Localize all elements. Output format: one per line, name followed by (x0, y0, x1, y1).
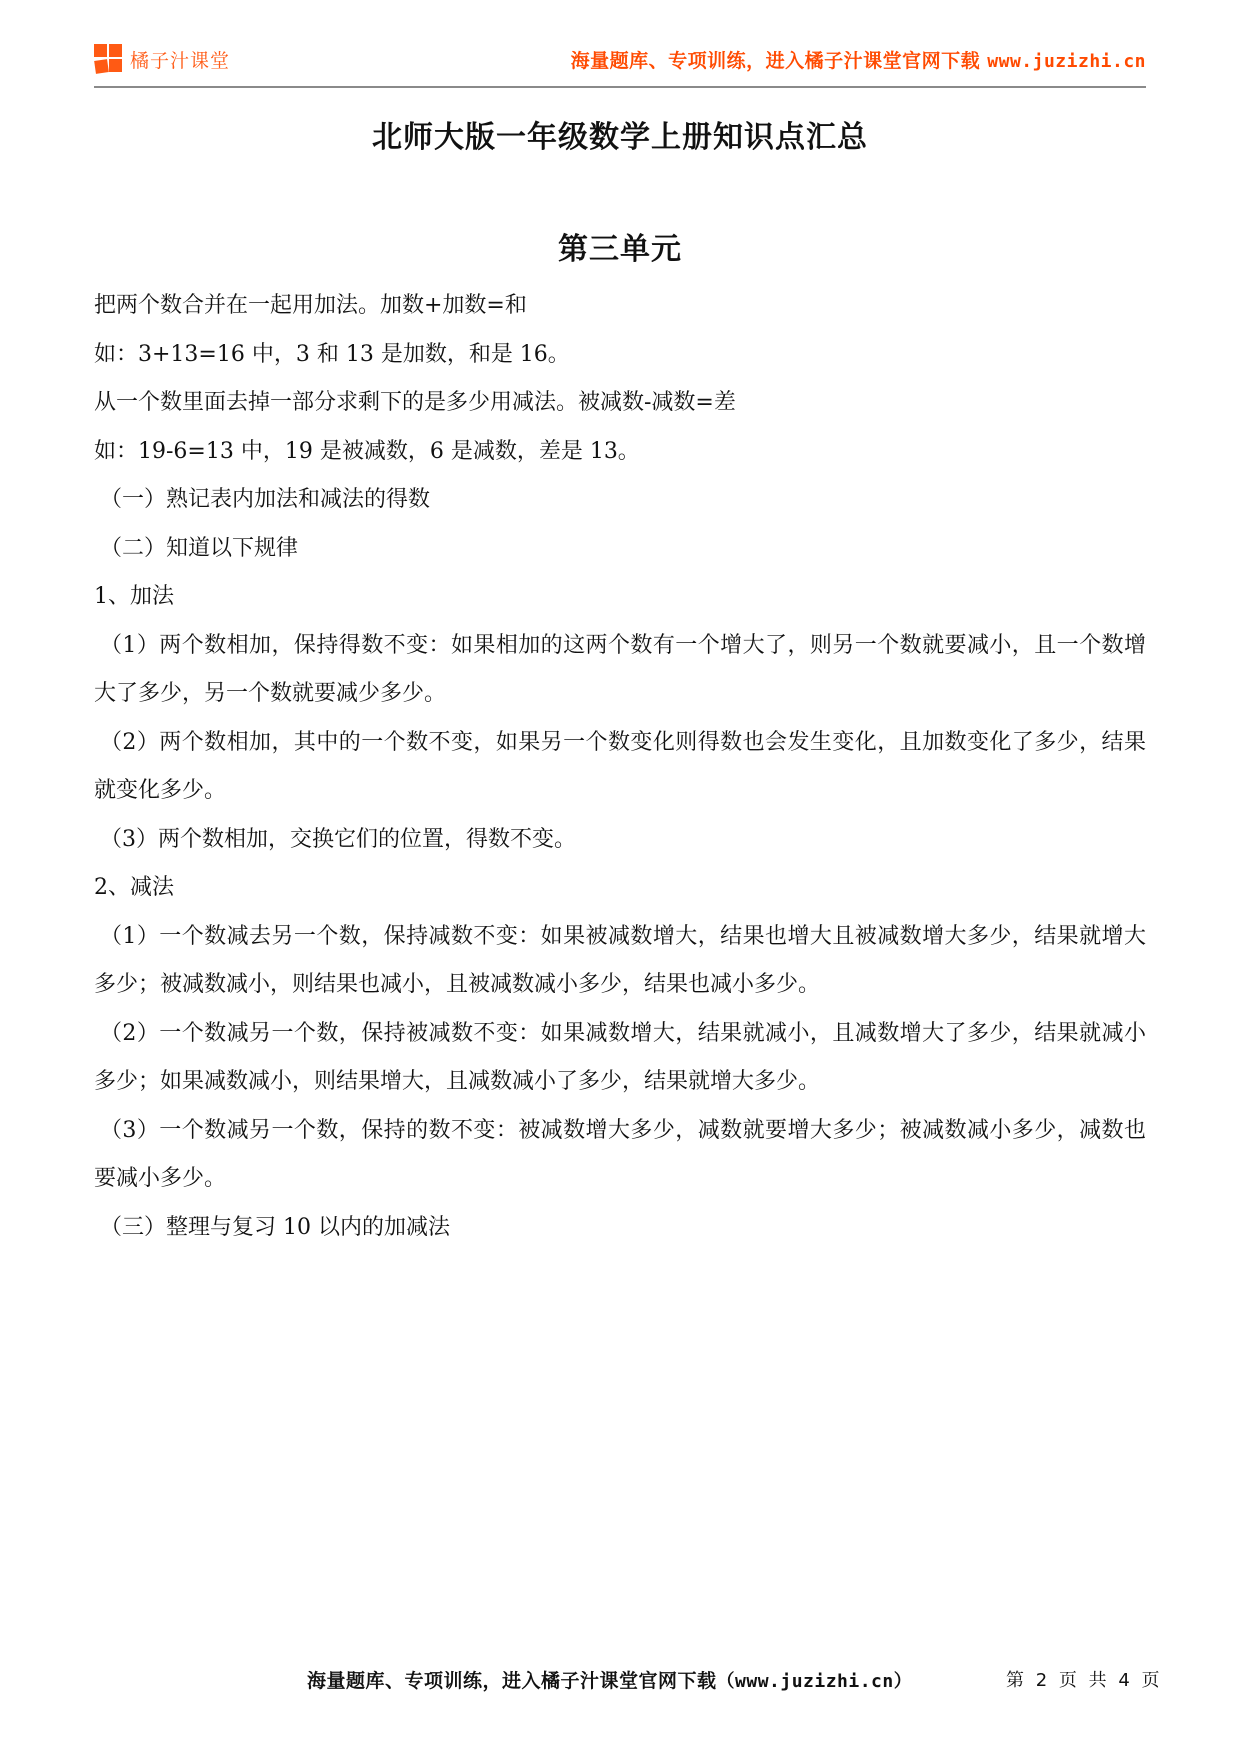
addition-rule-2: （2）两个数相加，其中的一个数不变，如果另一个数变化则得数也会发生变化，且加数变… (94, 719, 1146, 816)
subtraction-rule-1: （1）一个数减去另一个数，保持减数不变：如果被减数增大，结果也增大且被减数增大多… (94, 913, 1146, 1010)
subsection-heading-subtraction: 2、减法 (94, 864, 1146, 913)
subtraction-rule-2: （2）一个数减另一个数，保持被减数不变：如果减数增大，结果就减小，且减数增大了多… (94, 1010, 1146, 1107)
juzizhi-logo-icon (94, 44, 124, 74)
subsection-heading-addition: 1、加法 (94, 573, 1146, 622)
page-footer: 海量题库、专项训练，进入橘子汁课堂官网下载（www.juzizhi.cn） 第 … (0, 1666, 1240, 1696)
brand-name: 橘子汁课堂 (130, 46, 230, 73)
section-heading-2: （二）知道以下规律 (94, 525, 1146, 574)
header-slogan-text: 海量题库、专项训练，进入橘子汁课堂官网下载 (571, 50, 981, 72)
document-title: 北师大版一年级数学上册知识点汇总 (0, 112, 1240, 156)
subtraction-rule-3: （3）一个数减另一个数，保持的数不变：被减数增大多少，减数就要增大多少；被减数减… (94, 1107, 1146, 1204)
paragraph-subtraction-example: 如：19-6=13 中，19 是被减数，6 是减数，差是 13。 (94, 428, 1146, 477)
footer-slogan: 海量题库、专项训练，进入橘子汁课堂官网下载（www.juzizhi.cn） (307, 1666, 912, 1693)
paragraph-addition-definition: 把两个数合并在一起用加法。加数+加数=和 (94, 282, 1146, 331)
document-body: 把两个数合并在一起用加法。加数+加数=和 如：3+13=16 中，3 和 13 … (94, 282, 1146, 1252)
section-heading-3: （三）整理与复习 10 以内的加减法 (94, 1204, 1146, 1253)
page-header: 橘子汁课堂 海量题库、专项训练，进入橘子汁课堂官网下载 www.juzizhi.… (94, 40, 1146, 88)
brand-logo: 橘子汁课堂 (94, 44, 230, 74)
footer-slogan-text: 海量题库、专项训练，进入橘子汁课堂官网下载 (307, 1670, 717, 1692)
addition-rule-3: （3）两个数相加，交换它们的位置，得数不变。 (94, 816, 1146, 865)
footer-url-link[interactable]: （www.juzizhi.cn） (717, 1671, 913, 1692)
header-url-link[interactable]: www.juzizhi.cn (987, 51, 1146, 72)
unit-title: 第三单元 (0, 224, 1240, 268)
addition-rule-1: （1）两个数相加，保持得数不变：如果相加的这两个数有一个增大了，则另一个数就要减… (94, 622, 1146, 719)
page-number: 第 2 页 共 4 页 (1006, 1666, 1160, 1692)
header-slogan: 海量题库、专项训练，进入橘子汁课堂官网下载 www.juzizhi.cn (571, 46, 1146, 73)
paragraph-addition-example: 如：3+13=16 中，3 和 13 是加数，和是 16。 (94, 331, 1146, 380)
paragraph-subtraction-definition: 从一个数里面去掉一部分求剩下的是多少用减法。被减数-减数=差 (94, 379, 1146, 428)
section-heading-1: （一）熟记表内加法和减法的得数 (94, 476, 1146, 525)
